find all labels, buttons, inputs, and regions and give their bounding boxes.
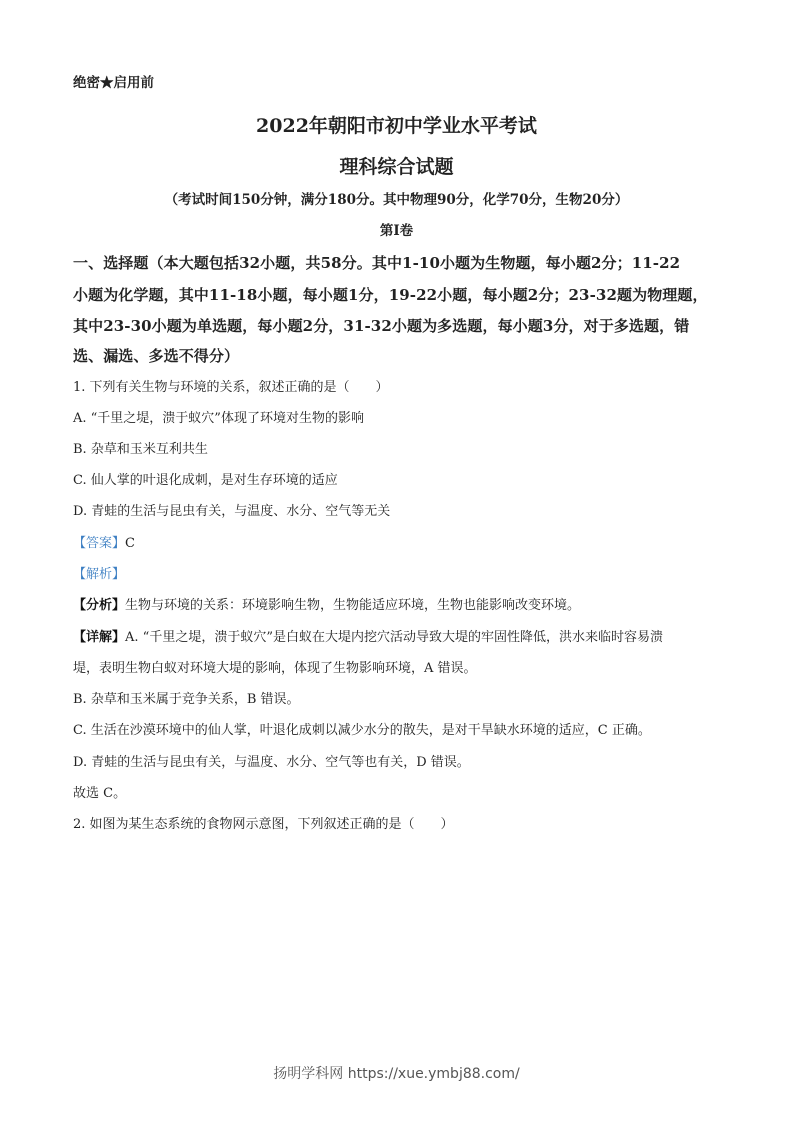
conclusion-line: 故选 C。 [73, 785, 126, 803]
answer-value: C [125, 536, 135, 551]
section-line: 一、选择题（本大题包括32小题，共58分。其中1-10小题为生物题，每小题2分；… [73, 253, 680, 273]
answer-row: 【答案】C [73, 535, 135, 553]
detail-row: 【详解】A. “千里之堤，溃于蚁穴”是白蚁在大堤内挖穴活动导致大堤的牢固性降低，… [73, 629, 663, 647]
analysis-row: 【解析】 [73, 566, 125, 584]
detail-line: 堤，表明生物白蚁对环境大堤的影响，体现了生物影响环境，A 错误。 [73, 660, 477, 678]
detail-text: A. “千里之堤，溃于蚁穴”是白蚁在大堤内挖穴活动导致大堤的牢固性降低，洪水来临… [125, 630, 663, 645]
fenxi-text: 生物与环境的关系：环境影响生物，生物能适应环境，生物也能影响改变环境。 [125, 598, 580, 613]
option-a: A. “千里之堤，溃于蚁穴”体现了环境对生物的影响 [73, 410, 364, 428]
section-line: 小题为化学题，其中11-18小题，每小题1分，19-22小题，每小题2分；23-… [73, 285, 708, 305]
detail-line: B. 杂草和玉米属于竞争关系，B 错误。 [73, 691, 300, 709]
detail-line: D. 青蛙的生活与昆虫有关，与温度、水分、空气等也有关，D 错误。 [73, 754, 470, 772]
option-d: D. 青蛙的生活与昆虫有关，与温度、水分、空气等无关 [73, 503, 390, 521]
option-c: C. 仙人掌的叶退化成刺，是对生存环境的适应 [73, 472, 338, 490]
detail-tag: 【详解】 [73, 630, 125, 645]
detail-line: C. 生活在沙漠环境中的仙人掌，叶退化成刺以减少水分的散失，是对干旱缺水环境的适… [73, 722, 651, 740]
answer-tag: 【答案】 [73, 536, 125, 551]
classification-label: 绝密★启用前 [73, 74, 154, 92]
question-stem: 1. 下列有关生物与环境的关系，叙述正确的是（ ） [73, 379, 389, 397]
exam-title: 2022年朝阳市初中学业水平考试 [0, 114, 793, 138]
exam-page: 绝密★启用前 2022年朝阳市初中学业水平考试 理科综合试题 （考试时间150分… [0, 0, 793, 1122]
section-line: 选、漏选、多选不得分） [73, 346, 239, 366]
footer-watermark: 扬明学科网 https://xue.ymbj88.com/ [0, 1063, 793, 1083]
question-stem: 2. 如图为某生态系统的食物网示意图，下列叙述正确的是（ ） [73, 816, 454, 834]
fenxi-tag: 【分析】 [73, 598, 125, 613]
volume-label: 第I卷 [0, 222, 793, 240]
section-line: 其中23-30小题为单选题，每小题2分，31-32小题为多选题，每小题3分，对于… [73, 316, 689, 336]
option-b: B. 杂草和玉米互利共生 [73, 441, 208, 459]
exam-note: （考试时间150分钟，满分180分。其中物理90分，化学70分，生物20分） [0, 191, 793, 209]
fenxi-row: 【分析】生物与环境的关系：环境影响生物，生物能适应环境，生物也能影响改变环境。 [73, 597, 580, 615]
analysis-tag: 【解析】 [73, 567, 125, 582]
exam-subtitle: 理科综合试题 [0, 155, 793, 179]
